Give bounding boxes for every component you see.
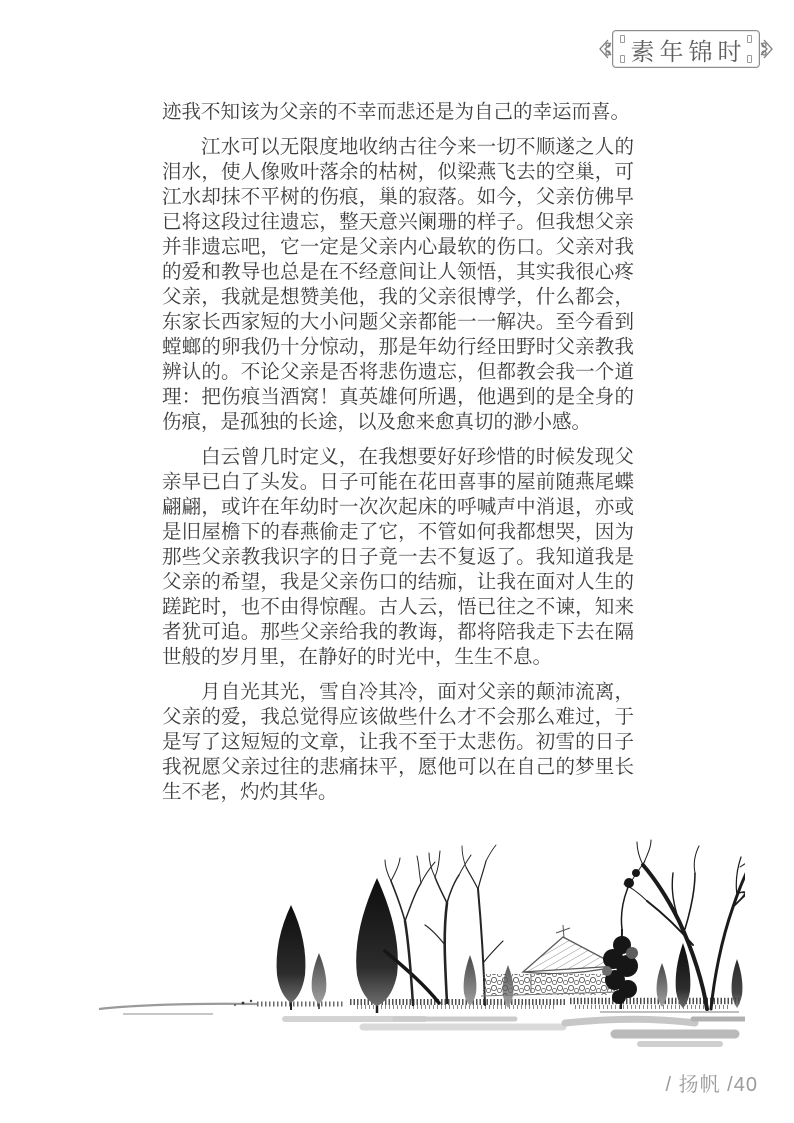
article-body: 迹我不知该为父亲的不幸而悲还是为自己的幸运而喜。 江水可以无限度地收纳古往今来一… (162, 100, 634, 815)
badge-ornament-right-icon (760, 33, 776, 65)
cottage (481, 925, 618, 996)
paragraph: 月自光其光，雪自冷其冷，面对父亲的颠沛流离，父亲的爱，我总觉得应该做些什么才不会… (162, 680, 634, 805)
badge-frame: 素年锦时 (612, 30, 760, 68)
paragraph: 白云曾几时定义，在我想要好好珍惜的时候发现父亲早已白了头发。日子可能在花田喜事的… (162, 445, 634, 670)
ink-blob-tree (602, 861, 645, 1009)
badge-corner-mark (747, 55, 752, 63)
badge-title: 素年锦时 (626, 32, 747, 67)
paragraph: 江水可以无限度地收纳古往今来一切不顺遂之人的泪水，使人像败叶落余的枯树，似梁燕飞… (162, 135, 634, 435)
page-footer: / 扬帆 /40 (666, 1068, 758, 1097)
cypress-trees-left (277, 905, 327, 1010)
paragraph: 迹我不知该为父亲的不幸而悲还是为自己的幸运而喜。 (162, 100, 634, 125)
ink-landscape-illustration (95, 833, 745, 1065)
grass-bands (257, 1001, 741, 1012)
section-badge: 素年锦时 (596, 30, 776, 68)
magazine-page: 素年锦时 迹我不知该为父亲的不幸而悲还是为自己的幸运而喜。 江水可以无限度地收纳… (0, 0, 794, 1123)
badge-ornament-left-icon (596, 33, 612, 65)
footer-page-label: / 扬帆 /40 (666, 1074, 758, 1096)
badge-corner-mark (620, 35, 625, 43)
badge-corner-mark (620, 55, 625, 63)
ground-strokes (99, 1000, 257, 1014)
ground-shadows (285, 1019, 745, 1044)
badge-corner-mark (747, 35, 752, 43)
